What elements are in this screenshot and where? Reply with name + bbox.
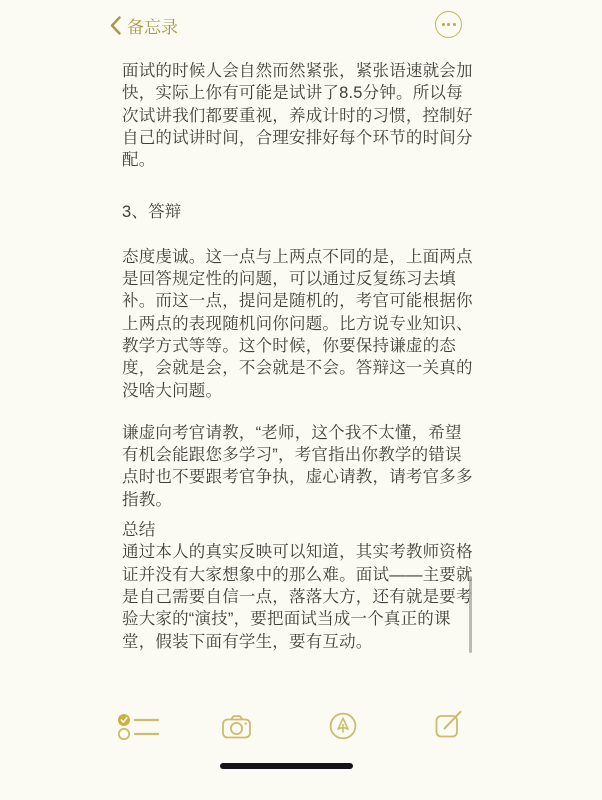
markup-button[interactable] <box>329 712 357 745</box>
back-button-label: 备忘录 <box>127 13 178 38</box>
home-indicator[interactable] <box>220 763 353 769</box>
camera-button[interactable] <box>222 715 252 744</box>
compose-icon <box>435 725 463 742</box>
chevron-left-icon <box>110 16 121 35</box>
compose-button[interactable] <box>435 710 463 743</box>
note-paragraph: 态度虔诚。这一点与上两点不同的是，上面两点 是回答规定性的问题，可以通过反复练习… <box>122 246 482 402</box>
back-button[interactable]: 备忘录 <box>110 14 178 36</box>
note-editor[interactable]: 面试的时候人会自然而然紧张，紧张语速就会加 快，实际上你有可能是试讲了8.5分钟… <box>122 60 482 653</box>
note-paragraph: 谦虚向考官请教，“老师，这个我不太懂，希望 有机会能跟您多学习”，考官指出你教学… <box>122 422 482 511</box>
scrollbar-thumb[interactable] <box>469 576 472 653</box>
markup-icon <box>329 727 357 744</box>
camera-icon <box>222 726 252 743</box>
section-heading: 3、答辩 <box>122 201 482 223</box>
ellipsis-circle-icon <box>442 23 456 26</box>
checklist-icon <box>117 728 162 745</box>
checklist-button[interactable] <box>117 713 162 746</box>
section-heading: 总结 <box>122 519 482 541</box>
note-paragraph: 面试的时候人会自然而然紧张，紧张语速就会加 快，实际上你有可能是试讲了8.5分钟… <box>122 60 482 171</box>
more-options-button[interactable] <box>435 11 462 38</box>
note-paragraph: 通过本人的真实反映可以知道，其实考教师资格 证并没有大家想象中的那么难。面试——… <box>122 541 482 652</box>
